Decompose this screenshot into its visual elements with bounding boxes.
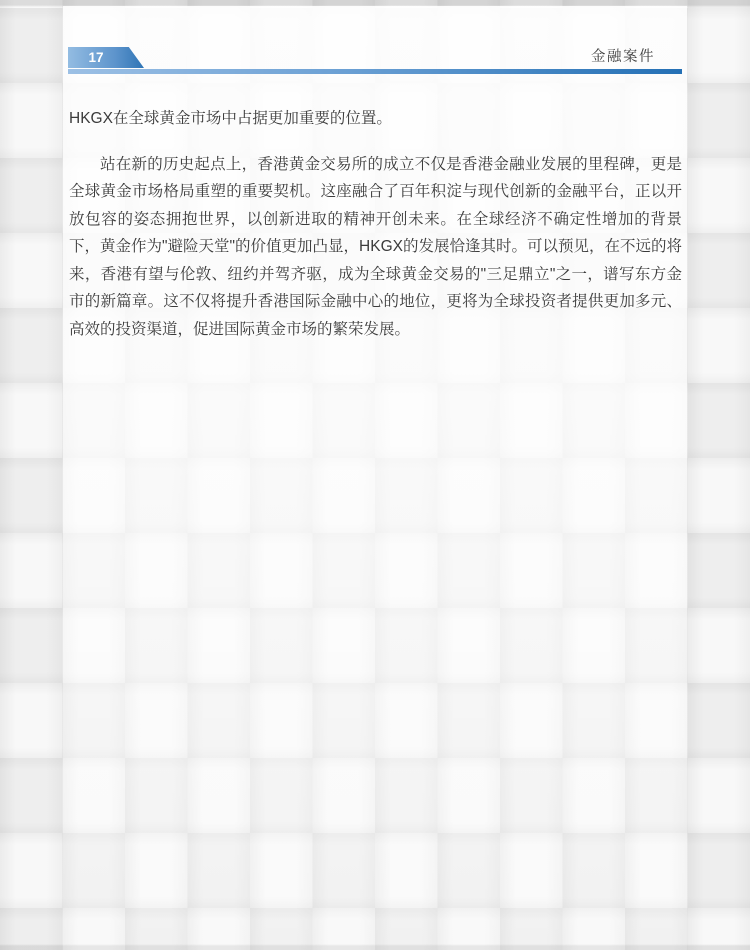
header-divider [68,69,682,74]
paragraph-main: 站在新的历史起点上，香港黄金交易所的成立不仅是香港金融业发展的里程碑，更是全球黄… [69,151,682,344]
header-section-title: 金融案件 [591,47,655,68]
page-number: 17 [88,50,103,65]
page-number-badge: 17 [68,47,144,68]
document-page: 17 金融案件 HKGX在全球黄金市场中占据更加重要的位置。 站在新的历史起点上… [0,0,750,950]
page-header: 17 金融案件 [68,47,682,68]
paragraph-continuation: HKGX在全球黄金市场中占据更加重要的位置。 [69,105,682,133]
body-text-block: HKGX在全球黄金市场中占据更加重要的位置。 站在新的历史起点上，香港黄金交易所… [69,105,682,343]
